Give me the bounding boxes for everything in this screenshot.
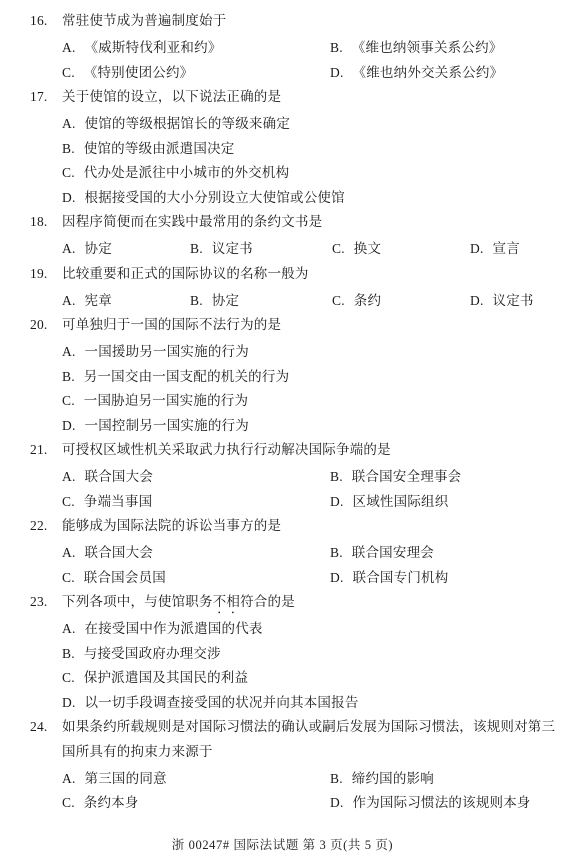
answer-option: B. 与接受国政府办理交涉 [62,642,557,667]
question-block: 21. 可授权区域性机关采取武力执行行动解决国际争端的是 A. 联合国大会 B.… [30,438,557,514]
option-letter: B. [62,137,75,162]
option-group: A. 联合国大会 B. 联合国安理会 C. 联合国会员国 D. 联合国专门机构 [62,541,557,590]
question-text: 比较重要和正式的国际协议的名称一般为 [62,262,557,289]
option-letter: B. [330,36,343,61]
option-group: A. 使馆的等级根据馆长的等级来确定 B. 使馆的等级由派遣国决定 C. 代办处… [62,112,557,210]
answer-option: D. 宣言 [470,237,557,262]
answer-option: B. 联合国安理会 [330,541,557,566]
question-number: 21. [30,438,62,463]
question-text-prefix: 可授权区域性机关采取武力执行行动解决国际争端的是 [62,442,391,457]
option-text: 议定书 [212,237,332,262]
option-letter: B. [190,289,203,314]
answer-option: C. 联合国会员国 [62,566,330,591]
option-letter: C. [62,161,75,186]
option-text: 区域性国际组织 [353,490,557,515]
option-text: 保护派遣国及其国民的利益 [84,666,557,691]
option-text: 联合国安全理事会 [352,465,557,490]
option-text: 作为国际习惯法的该规则本身 [353,791,557,816]
question-line: 24. 如果条约所载规则是对国际习惯法的确认或嗣后发展为国际习惯法，该规则对第三… [30,715,557,767]
option-letter: D. [330,490,344,515]
option-text: 协定 [85,237,190,262]
option-text: 《维也纳外交关系公约》 [353,61,557,86]
page-footer: 浙 00247# 国际法试题 第 3 页(共 5 页) [0,835,565,853]
option-letter: C. [62,389,75,414]
option-letter: A. [62,767,76,792]
option-text: 以一切手段调查接受国的状况并向其本国报告 [85,691,557,716]
question-text-prefix: 下列各项中，与使馆职务 [62,594,213,609]
option-letter: A. [62,617,76,642]
answer-option: C. 一国胁迫另一国实施的行为 [62,389,557,414]
option-letter: D. [470,289,484,314]
option-letter: A. [62,340,76,365]
option-letter: D. [330,791,344,816]
answer-option: B. 《维也纳领事关系公约》 [330,36,557,61]
question-text-prefix: 能够成为国际法院的诉讼当事方的是 [62,518,281,533]
option-letter: D. [62,691,76,716]
option-group: A. 第三国的同意 B. 缔约国的影响 C. 条约本身 D. 作为国际习惯法的该… [62,767,557,816]
option-text: 联合国大会 [85,465,330,490]
option-group: A. 在接受国中作为派遣国的代表 B. 与接受国政府办理交涉 C. 保护派遣国及… [62,617,557,715]
option-text: 在接受国中作为派遣国的代表 [85,617,557,642]
question-number: 24. [30,715,62,740]
answer-option: B. 使馆的等级由派遣国决定 [62,137,557,162]
option-text: 一国援助另一国实施的行为 [85,340,557,365]
question-line: 17. 关于使馆的设立，以下说法正确的是 [30,85,557,112]
answer-option: D. 联合国专门机构 [330,566,557,591]
question-line: 18. 因程序简便而在实践中最常用的条约文书是 [30,210,557,237]
question-number: 16. [30,9,62,34]
option-group: A. 联合国大会 B. 联合国安全理事会 C. 争端当事国 D. 区域性国际组织 [62,465,557,514]
question-block: 17. 关于使馆的设立，以下说法正确的是 A. 使馆的等级根据馆长的等级来确定 … [30,85,557,210]
option-text: 宣言 [493,237,557,262]
question-number: 19. [30,262,62,287]
question-line: 20. 可单独归于一国的国际不法行为的是 [30,313,557,340]
question-line: 21. 可授权区域性机关采取武力执行行动解决国际争端的是 [30,438,557,465]
option-letter: A. [62,465,76,490]
answer-option: D. 根据接受国的大小分别设立大使馆或公使馆 [62,186,557,211]
question-block: 19. 比较重要和正式的国际协议的名称一般为 A. 宪章 B. 协定 C. 条约… [30,262,557,314]
question-text-emphasized: 不相 [213,594,240,609]
option-letter: B. [62,642,75,667]
option-letter: B. [330,767,343,792]
option-text: 协定 [212,289,332,314]
option-text: 《威斯特伐利亚和约》 [85,36,330,61]
question-text: 能够成为国际法院的诉讼当事方的是 [62,514,557,541]
answer-option: C. 《特别使团公约》 [62,61,330,86]
answer-option: C. 换文 [332,237,470,262]
question-text: 关于使馆的设立，以下说法正确的是 [62,85,557,112]
question-text-prefix: 可单独归于一国的国际不法行为的是 [62,317,281,332]
question-line: 22. 能够成为国际法院的诉讼当事方的是 [30,514,557,541]
option-letter: C. [62,666,75,691]
option-group: A. 一国援助另一国实施的行为 B. 另一国交由一国支配的机关的行为 C. 一国… [62,340,557,438]
answer-option: D. 《维也纳外交关系公约》 [330,61,557,86]
question-list: 16. 常驻使节成为普遍制度始于 A. 《威斯特伐利亚和约》 B. 《维也纳领事… [30,9,557,816]
option-letter: C. [332,289,345,314]
answer-option: B. 缔约国的影响 [330,767,557,792]
option-letter: D. [330,566,344,591]
option-text: 缔约国的影响 [352,767,557,792]
question-text: 可授权区域性机关采取武力执行行动解决国际争端的是 [62,438,557,465]
answer-option: A. 一国援助另一国实施的行为 [62,340,557,365]
option-text: 条约 [354,289,470,314]
option-text: 一国胁迫另一国实施的行为 [84,389,557,414]
question-block: 24. 如果条约所载规则是对国际习惯法的确认或嗣后发展为国际习惯法，该规则对第三… [30,715,557,816]
question-block: 20. 可单独归于一国的国际不法行为的是 A. 一国援助另一国实施的行为 B. … [30,313,557,438]
exam-page: 16. 常驻使节成为普遍制度始于 A. 《威斯特伐利亚和约》 B. 《维也纳领事… [0,0,565,866]
option-letter: C. [332,237,345,262]
option-text: 第三国的同意 [85,767,330,792]
option-text: 联合国会员国 [84,566,330,591]
answer-option: C. 条约 [332,289,470,314]
question-line: 23. 下列各项中，与使馆职务不相符合的是 [30,590,557,617]
option-letter: B. [330,465,343,490]
question-text: 可单独归于一国的国际不法行为的是 [62,313,557,340]
answer-option: D. 一国控制另一国实施的行为 [62,414,557,439]
question-text-suffix: 符合的是 [240,594,295,609]
answer-option: C. 保护派遣国及其国民的利益 [62,666,557,691]
option-text: 议定书 [493,289,557,314]
option-letter: C. [62,490,75,515]
answer-option: B. 另一国交由一国支配的机关的行为 [62,365,557,390]
option-text: 换文 [354,237,470,262]
option-letter: B. [330,541,343,566]
question-text-prefix: 关于使馆的设立，以下说法正确的是 [62,89,281,104]
option-letter: D. [330,61,344,86]
answer-option: A. 《威斯特伐利亚和约》 [62,36,330,61]
option-text: 联合国专门机构 [353,566,557,591]
option-text: 使馆的等级由派遣国决定 [84,137,557,162]
question-text: 常驻使节成为普遍制度始于 [62,9,557,36]
question-text: 下列各项中，与使馆职务不相符合的是 [62,590,557,617]
answer-option: C. 代办处是派往中小城市的外交机构 [62,161,557,186]
option-letter: C. [62,61,75,86]
answer-option: B. 议定书 [190,237,332,262]
question-text: 如果条约所载规则是对国际习惯法的确认或嗣后发展为国际习惯法，该规则对第三国所具有… [62,715,557,767]
option-text: 《特别使团公约》 [84,61,330,86]
option-text: 争端当事国 [84,490,330,515]
option-letter: A. [62,237,76,262]
question-line: 19. 比较重要和正式的国际协议的名称一般为 [30,262,557,289]
question-text-prefix: 因程序简便而在实践中最常用的条约文书是 [62,214,322,229]
answer-option: B. 联合国安全理事会 [330,465,557,490]
question-text-prefix: 如果条约所载规则是对国际习惯法的确认或嗣后发展为国际习惯法，该规则对第三国所具有… [62,719,555,759]
option-text: 与接受国政府办理交涉 [84,642,557,667]
question-number: 22. [30,514,62,539]
option-letter: D. [470,237,484,262]
question-text-prefix: 比较重要和正式的国际协议的名称一般为 [62,266,309,281]
answer-option: A. 联合国大会 [62,541,330,566]
answer-option: D. 区域性国际组织 [330,490,557,515]
option-text: 联合国安理会 [352,541,557,566]
option-text: 条约本身 [84,791,330,816]
option-letter: A. [62,112,76,137]
option-text: 联合国大会 [85,541,330,566]
option-letter: D. [62,414,76,439]
footer-text: 浙 00247# 国际法试题 第 3 页(共 5 页) [172,838,393,852]
question-block: 22. 能够成为国际法院的诉讼当事方的是 A. 联合国大会 B. 联合国安理会 … [30,514,557,590]
option-letter: C. [62,791,75,816]
answer-option: D. 作为国际习惯法的该规则本身 [330,791,557,816]
option-text: 宪章 [85,289,190,314]
question-number: 23. [30,590,62,615]
option-letter: A. [62,289,76,314]
option-letter: A. [62,541,76,566]
question-block: 16. 常驻使节成为普遍制度始于 A. 《威斯特伐利亚和约》 B. 《维也纳领事… [30,9,557,85]
answer-option: A. 联合国大会 [62,465,330,490]
answer-option: A. 协定 [62,237,190,262]
question-text-prefix: 常驻使节成为普遍制度始于 [62,13,226,28]
option-text: 《维也纳领事关系公约》 [352,36,557,61]
answer-option: A. 使馆的等级根据馆长的等级来确定 [62,112,557,137]
option-letter: A. [62,36,76,61]
question-number: 20. [30,313,62,338]
answer-option: C. 条约本身 [62,791,330,816]
question-number: 18. [30,210,62,235]
option-text: 另一国交由一国支配的机关的行为 [84,365,557,390]
option-text: 根据接受国的大小分别设立大使馆或公使馆 [85,186,557,211]
answer-option: A. 第三国的同意 [62,767,330,792]
option-group: A. 宪章 B. 协定 C. 条约 D. 议定书 [62,289,557,314]
answer-option: C. 争端当事国 [62,490,330,515]
option-letter: C. [62,566,75,591]
question-number: 17. [30,85,62,110]
answer-option: A. 在接受国中作为派遣国的代表 [62,617,557,642]
answer-option: D. 以一切手段调查接受国的状况并向其本国报告 [62,691,557,716]
question-line: 16. 常驻使节成为普遍制度始于 [30,9,557,36]
option-letter: D. [62,186,76,211]
question-text: 因程序简便而在实践中最常用的条约文书是 [62,210,557,237]
option-letter: B. [190,237,203,262]
answer-option: B. 协定 [190,289,332,314]
question-block: 23. 下列各项中，与使馆职务不相符合的是 A. 在接受国中作为派遣国的代表 B… [30,590,557,715]
option-text: 一国控制另一国实施的行为 [85,414,557,439]
question-block: 18. 因程序简便而在实践中最常用的条约文书是 A. 协定 B. 议定书 C. … [30,210,557,262]
answer-option: A. 宪章 [62,289,190,314]
answer-option: D. 议定书 [470,289,557,314]
option-group: A. 协定 B. 议定书 C. 换文 D. 宣言 [62,237,557,262]
option-group: A. 《威斯特伐利亚和约》 B. 《维也纳领事关系公约》 C. 《特别使团公约》… [62,36,557,85]
option-text: 使馆的等级根据馆长的等级来确定 [85,112,557,137]
option-letter: B. [62,365,75,390]
option-text: 代办处是派往中小城市的外交机构 [84,161,557,186]
